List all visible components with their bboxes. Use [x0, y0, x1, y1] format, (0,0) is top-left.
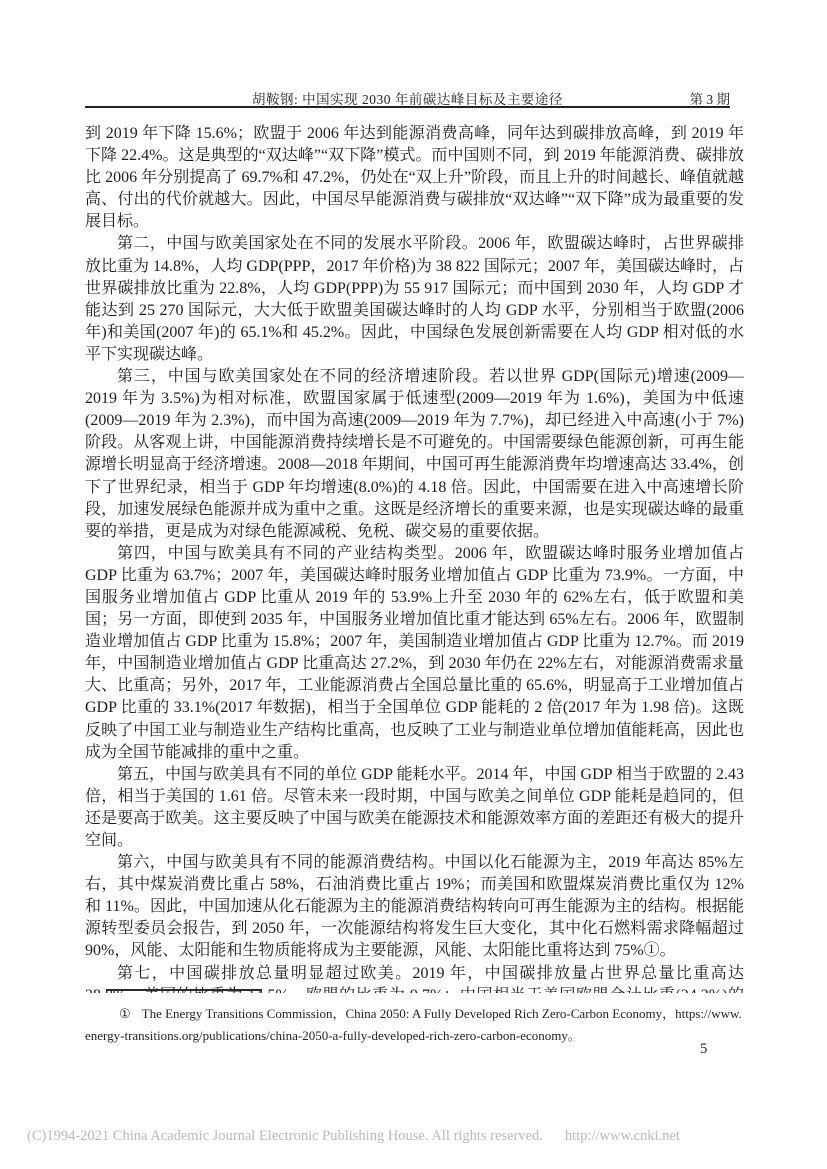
body-paragraph: 到 2019 年下降 15.6%；欧盟于 2006 年达到能源消费高峰，同年达到… — [85, 123, 744, 233]
footnote-text-continued: energy-transitions.org/publications/chin… — [85, 1025, 744, 1047]
cnki-url: http://www.cnki.net — [565, 1128, 680, 1144]
article-body: 到 2019 年下降 15.6%；欧盟于 2006 年达到能源消费高峰，同年达到… — [85, 123, 744, 993]
cnki-footer: (C)1994-2021 China Academic Journal Elec… — [27, 1128, 680, 1145]
body-paragraph: 第三，中国与欧美国家处在不同的经济增速阶段。若以世界 GDP(国际元)增速(20… — [85, 366, 744, 543]
footnote-marker: ① — [119, 1006, 131, 1021]
body-paragraph: 第二，中国与欧美国家处在不同的发展水平阶段。2006 年，欧盟碳达峰时，占世界碳… — [85, 233, 744, 366]
running-header-title: 胡鞍钢: 中国实现 2030 年前碳达峰目标及主要途径 — [85, 88, 730, 108]
issue-number: 第 3 期 — [690, 88, 731, 108]
body-paragraph: 第六，中国与欧美具有不同的能源消费结构。中国以化石能源为主，2019 年高达 8… — [85, 852, 744, 962]
footnote-line: ①The Energy Transitions Commission，China… — [85, 1003, 744, 1025]
body-paragraph: 第五，中国与欧美具有不同的单位 GDP 能耗水平。2014 年，中国 GDP 相… — [85, 764, 744, 852]
copyright-notice: (C)1994-2021 China Academic Journal Elec… — [27, 1128, 543, 1144]
header-rule — [85, 106, 730, 108]
footnote: ①The Energy Transitions Commission，China… — [85, 1003, 744, 1047]
footnote-text: The Energy Transitions Commission，China … — [142, 1006, 742, 1021]
body-paragraph: 第四，中国与欧美具有不同的产业结构类型。2006 年，欧盟碳达峰时服务业增加值占… — [85, 543, 744, 764]
page-number: 5 — [700, 1041, 707, 1058]
journal-page: 胡鞍钢: 中国实现 2030 年前碳达峰目标及主要途径 第 3 期 到 2019… — [0, 0, 827, 1169]
footnote-separator — [106, 989, 262, 991]
